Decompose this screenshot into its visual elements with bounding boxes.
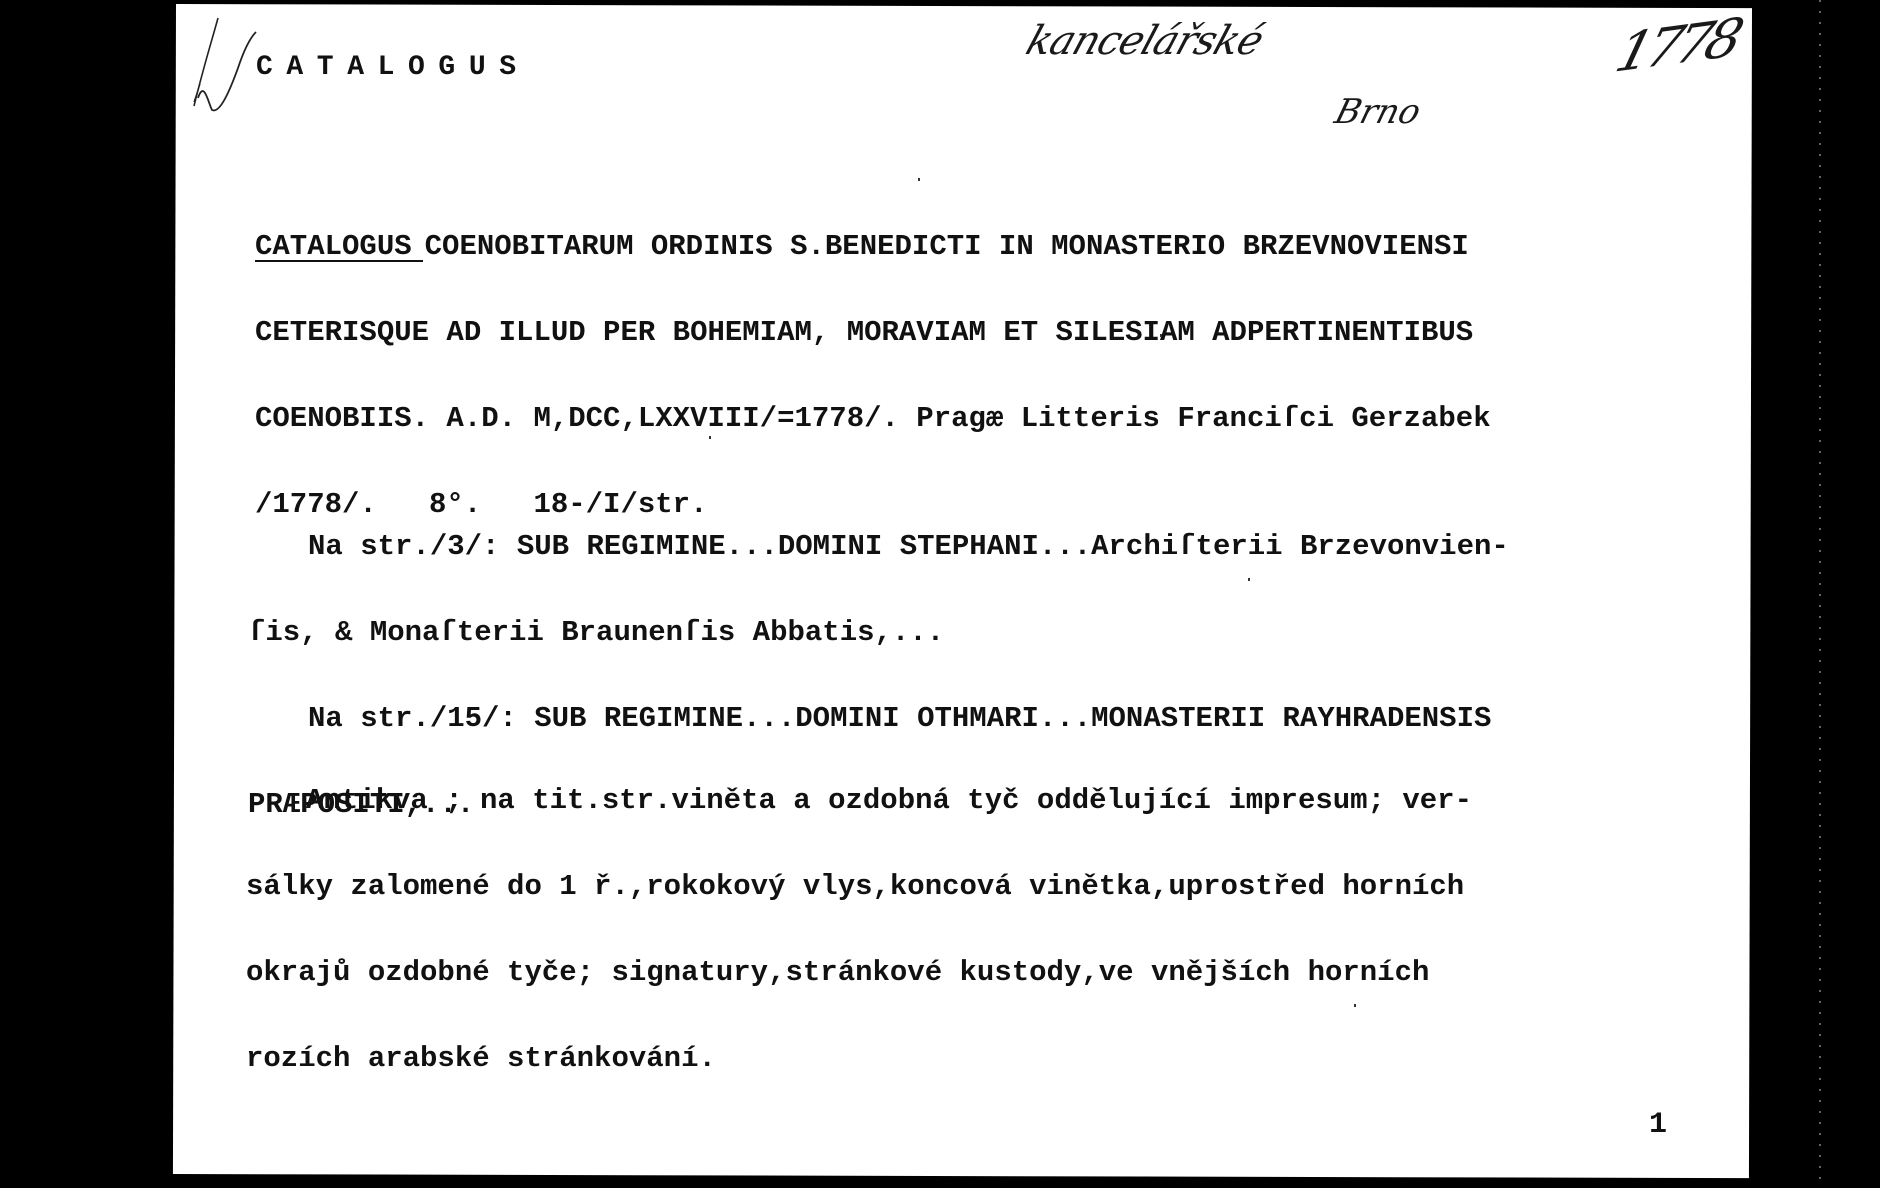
desc-line-2: sálky zalomené do 1 ř.,rokokový vlys,kon… (246, 862, 1472, 912)
desc-line-3: okrajů ozdobné tyče; signatury,stránkové… (246, 948, 1472, 998)
title-underlined-word: CATALOGUS (255, 230, 412, 263)
scan-speck (709, 436, 711, 439)
page-number: 1 (1649, 1108, 1667, 1142)
card-heading: CATALOGUS (256, 52, 530, 83)
title-line-3: COENOBIIS. A.D. M,DCC,LXXVIII/=1778/. Pr… (255, 394, 1491, 444)
desc-line-1-text: Antikva ; na tit.str.viněta a ozdobná ty… (306, 784, 1472, 817)
scan-speck (1354, 1004, 1356, 1007)
note-line-3-text: Na str./15/: SUB REGIMINE...DOMINI OTHMA… (308, 702, 1491, 735)
underline-tail (410, 259, 423, 262)
title-line-1-rest: COENOBITARUM ORDINIS S.BENEDICTI IN MONA… (425, 230, 1469, 263)
handwritten-place: Brno (1331, 92, 1425, 132)
desc-line-1: Antikva ; na tit.str.viněta a ozdobná ty… (246, 776, 1472, 826)
note-line-1-text: Na str./3/: SUB REGIMINE...DOMINI STEPHA… (308, 530, 1509, 563)
scanned-card: CATALOGUS kancelářské Brno 1778 CATALOGU… (0, 0, 1880, 1188)
scanner-edge-artifact (1819, 0, 1821, 1188)
scan-speck (1248, 578, 1250, 581)
title-line-2: CETERISQUE AD ILLUD PER BOHEMIAM, MORAVI… (255, 308, 1491, 358)
title-line-1: CATALOGUSCOENOBITARUM ORDINIS S.BENEDICT… (255, 222, 1491, 272)
scan-speck (918, 178, 920, 181)
note-line-3: Na str./15/: SUB REGIMINE...DOMINI OTHMA… (248, 694, 1509, 744)
scan-speck (1160, 334, 1162, 337)
description-block: Antikva ; na tit.str.viněta a ozdobná ty… (246, 740, 1472, 1120)
note-line-2: ſis, & Monaſterii Braunenſis Abbatis,... (248, 608, 1509, 658)
handwritten-archive-note: kancelářské (1021, 18, 1269, 64)
note-line-1: Na str./3/: SUB REGIMINE...DOMINI STEPHA… (248, 522, 1509, 572)
desc-line-4: rozích arabské stránkování. (246, 1034, 1472, 1084)
